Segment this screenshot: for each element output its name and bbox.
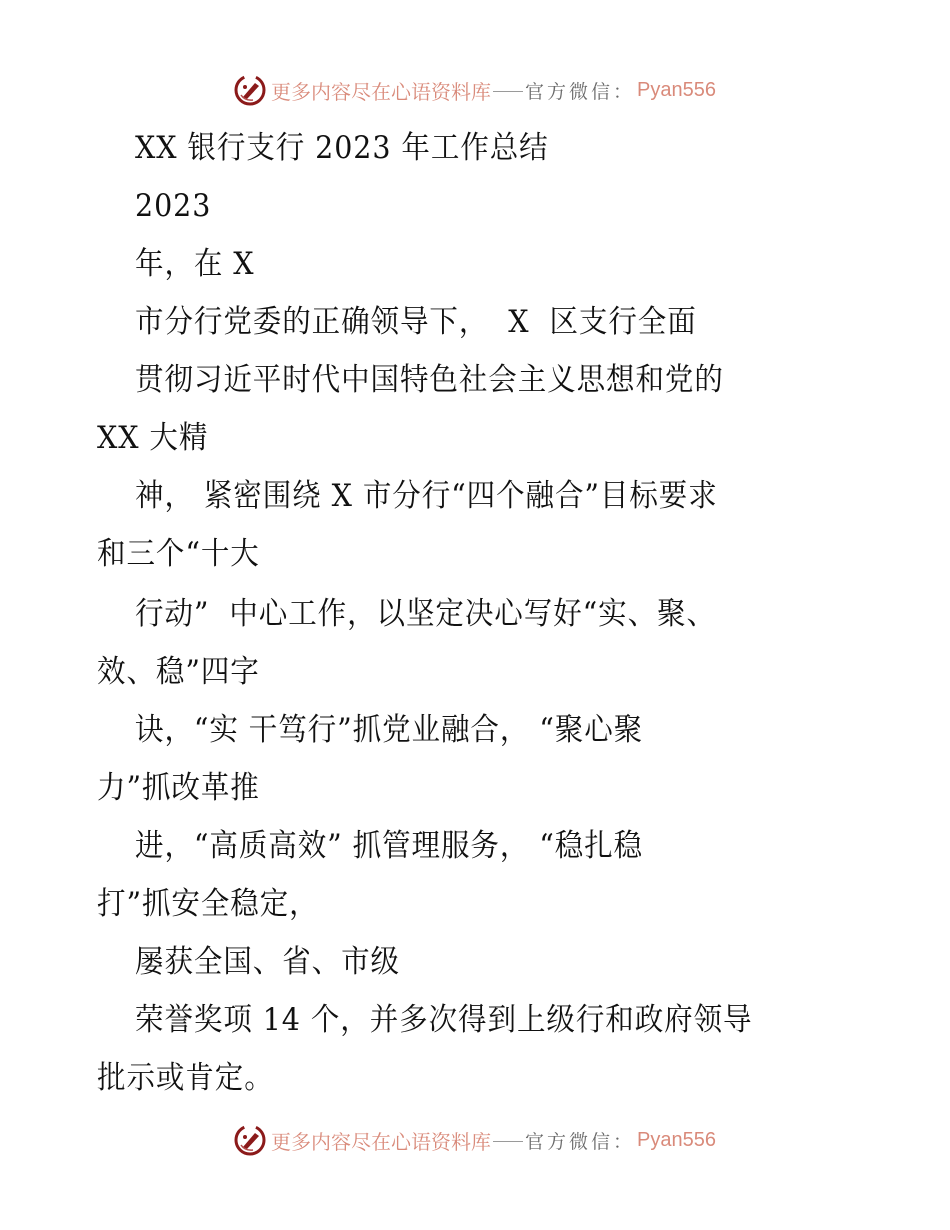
text-line: 年，在 X <box>135 244 255 284</box>
quill-pen-logo-icon <box>233 73 267 107</box>
promo-text: 更多内容尽在心语资料库 <box>271 76 491 105</box>
text-line: 市分行党委的正确领导下， X 区支行全面 <box>135 302 697 342</box>
text-line: 打”抓安全稳定， <box>97 884 319 924</box>
text-line: 效、稳”四字 <box>97 652 260 692</box>
document-title: XX 银行支行 2023 年工作总结 <box>135 128 549 168</box>
text-line: 屡获全国、省、市级 <box>135 942 400 982</box>
text-line: 荣誉奖项 14 个，并多次得到上级行和政府领导 <box>135 1000 752 1040</box>
text-line: XX 大精 <box>97 418 208 458</box>
wechat-label: 官方微信： <box>525 77 635 104</box>
wechat-id: Pyan556 <box>637 79 716 102</box>
text-line: 批示或肯定。 <box>97 1058 274 1098</box>
text-line: 力”抓改革推 <box>97 768 260 808</box>
text-line: 进，“高质高效” 抓管理服务， “稳扎稳 <box>135 826 643 866</box>
text-line: 贯彻习近平时代中国特色社会主义思想和党的 <box>135 360 724 400</box>
wechat-id: Pyan556 <box>637 1129 716 1152</box>
header-banner: 更多内容尽在心语资料库 官方微信： Pyan556 <box>233 72 716 108</box>
text-line: 神， 紧密围绕 X 市分行“四个融合”目标要求 <box>135 476 718 516</box>
text-line: 行动” 中心工作，以坚定决心写好“实、聚、 <box>135 594 716 634</box>
promo-text: 更多内容尽在心语资料库 <box>271 1126 491 1155</box>
quill-pen-logo-icon <box>233 1123 267 1157</box>
wechat-label: 官方微信： <box>525 1127 635 1154</box>
separator-dash <box>493 1141 523 1142</box>
footer-banner: 更多内容尽在心语资料库 官方微信： Pyan556 <box>233 1122 716 1158</box>
text-line: 诀，“实 干笃行”抓党业融合， “聚心聚 <box>135 710 643 750</box>
separator-dash <box>493 91 523 92</box>
text-line: 2023 <box>135 186 211 226</box>
text-line: 和三个“十大 <box>97 534 260 574</box>
